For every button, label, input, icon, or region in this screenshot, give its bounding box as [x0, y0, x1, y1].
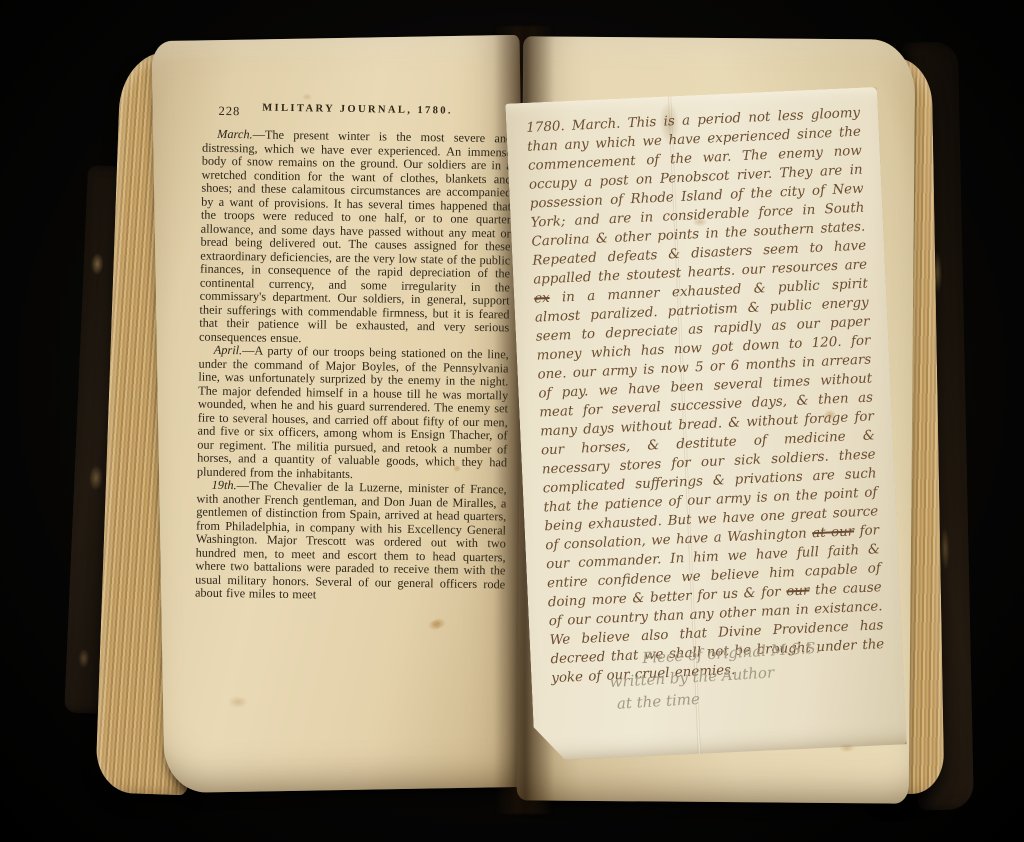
paragraph-body: —The present winter is the most severe a…	[199, 127, 512, 344]
handwriting-segment: 1780. March. This is a period not less g…	[526, 106, 867, 288]
handwritten-text: 1780. March. This is a period not less g…	[526, 104, 886, 689]
paragraph-lead: March.	[217, 127, 253, 142]
foxing-spot	[426, 618, 444, 632]
printed-text-block: 228 MILITARY JOURNAL, 1780. March.—The p…	[193, 102, 512, 707]
foxing-spot	[452, 464, 462, 473]
paragraph-lead: April.	[214, 343, 243, 357]
struck-out-word: ex	[534, 291, 550, 307]
foxing-spot	[690, 216, 710, 228]
paragraph-march: March.—The present winter is the most se…	[199, 128, 512, 349]
paragraph-body: —A party of our troops being stationed o…	[197, 343, 509, 480]
foxing-spot	[836, 742, 858, 754]
photo-of-open-book: { "left_page": { "page_number": "228", "…	[0, 0, 1024, 842]
foxing-spot	[300, 92, 314, 102]
paragraph-body: —The Chevalier de la Luzerne, minister o…	[195, 478, 507, 601]
paragraph-19th: 19th.—The Chevalier de la Luzerne, minis…	[195, 479, 507, 605]
foxing-spot	[822, 408, 838, 422]
page-header: 228 MILITARY JOURNAL, 1780.	[202, 102, 512, 125]
struck-out-word: at our	[812, 524, 855, 541]
manuscript-sheet: 1780. March. This is a period not less g…	[505, 87, 906, 761]
struck-out-word: our	[786, 583, 810, 599]
paragraph-lead: 19th.	[212, 478, 237, 492]
paragraph-april: April.—A party of our troops being stati…	[197, 344, 509, 484]
foxing-spot	[225, 694, 251, 710]
